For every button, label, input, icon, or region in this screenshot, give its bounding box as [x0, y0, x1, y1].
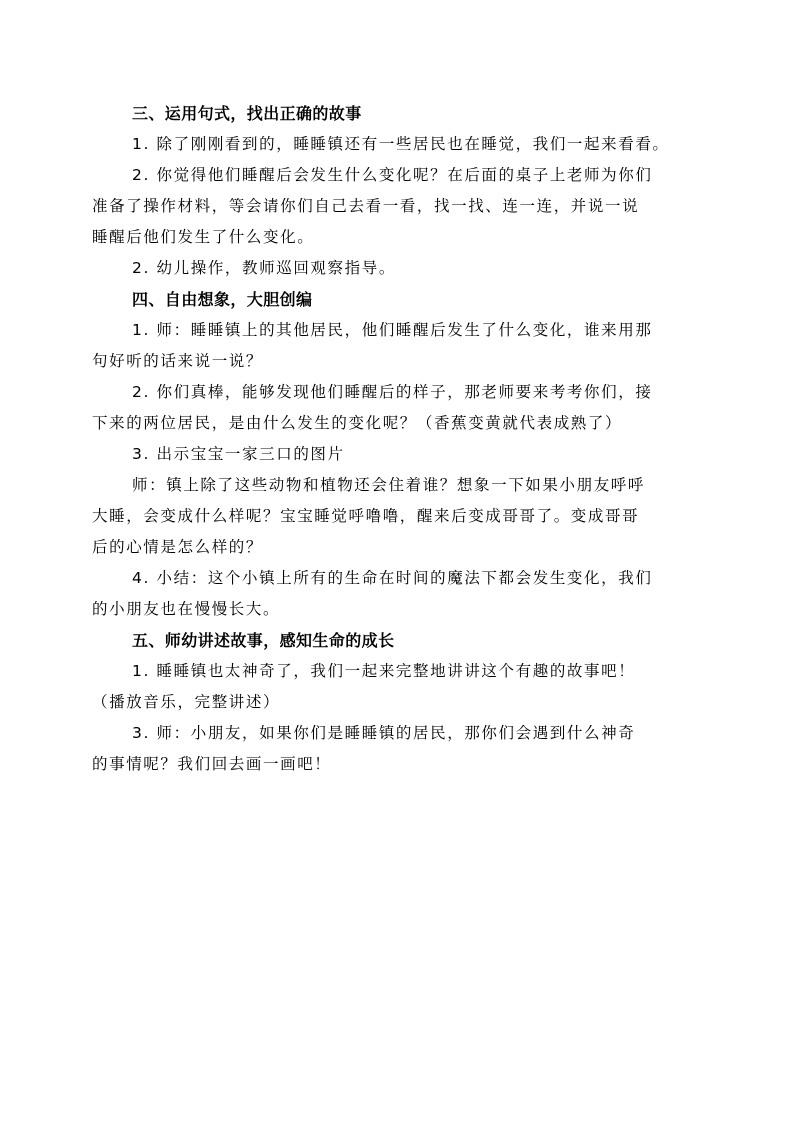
paragraph-line: 的事情呢？我们回去画一画吧！ [92, 749, 732, 780]
paragraph: 2. 幼儿操作，教师巡回观察指导。 [92, 253, 732, 284]
paragraph-line: 2. 你们真棒，能够发现他们睡醒后的样子，那老师要来考考你们，接 [92, 377, 732, 408]
section-heading: 五、师幼讲述故事，感知生命的成长 [92, 625, 732, 656]
paragraph: 2. 你们真棒，能够发现他们睡醒后的样子，那老师要来考考你们，接 下来的两位居民… [92, 377, 732, 439]
paragraph: 1. 除了刚刚看到的，睡睡镇还有一些居民也在睡觉，我们一起来看看。 [92, 129, 732, 160]
paragraph-line: 准备了操作材料，等会请你们自己去看一看，找一找、连一连，并说一说 [92, 191, 732, 222]
paragraph-line: 3. 师：小朋友，如果你们是睡睡镇的居民，那你们会遇到什么神奇 [92, 718, 732, 749]
section-heading: 四、自由想象，大胆创编 [92, 284, 732, 315]
paragraph: 1. 师：睡睡镇上的其他居民，他们睡醒后发生了什么变化，谁来用那 句好听的话来说… [92, 315, 732, 377]
section-heading: 三、运用句式，找出正确的故事 [92, 98, 732, 129]
paragraph-line: 2. 幼儿操作，教师巡回观察指导。 [92, 253, 732, 284]
paragraph-line: 3. 出示宝宝一家三口的图片 [92, 439, 732, 470]
paragraph-line: 4. 小结：这个小镇上所有的生命在时间的魔法下都会发生变化，我们 [92, 563, 732, 594]
paragraph-line: 句好听的话来说一说？ [92, 346, 732, 377]
paragraph: 3. 师：小朋友，如果你们是睡睡镇的居民，那你们会遇到什么神奇 的事情呢？我们回… [92, 718, 732, 780]
paragraph-line: 后的心情是怎么样的？ [92, 532, 732, 563]
paragraph-line: 师：镇上除了这些动物和植物还会住着谁？想象一下如果小朋友呼呼 [92, 470, 732, 501]
paragraph-line: 下来的两位居民，是由什么发生的变化呢？（香蕉变黄就代表成熟了） [92, 408, 732, 439]
paragraph: 3. 出示宝宝一家三口的图片 [92, 439, 732, 470]
paragraph: 师：镇上除了这些动物和植物还会住着谁？想象一下如果小朋友呼呼 大睡，会变成什么样… [92, 470, 732, 563]
document-page: 三、运用句式，找出正确的故事 1. 除了刚刚看到的，睡睡镇还有一些居民也在睡觉，… [92, 98, 732, 780]
paragraph-line: 1. 睡睡镇也太神奇了，我们一起来完整地讲讲这个有趣的故事吧！ [92, 656, 732, 687]
paragraph-line: 的小朋友也在慢慢长大。 [92, 594, 732, 625]
paragraph-line: 1. 师：睡睡镇上的其他居民，他们睡醒后发生了什么变化，谁来用那 [92, 315, 732, 346]
paragraph-line: 睡醒后他们发生了什么变化。 [92, 222, 732, 253]
paragraph-line: 大睡，会变成什么样呢？宝宝睡觉呼噜噜，醒来后变成哥哥了。变成哥哥 [92, 501, 732, 532]
paragraph-line: 1. 除了刚刚看到的，睡睡镇还有一些居民也在睡觉，我们一起来看看。 [92, 129, 732, 160]
paragraph-line: 2. 你觉得他们睡醒后会发生什么变化呢？在后面的桌子上老师为你们 [92, 160, 732, 191]
paragraph-line: （播放音乐，完整讲述） [92, 687, 732, 718]
paragraph: 1. 睡睡镇也太神奇了，我们一起来完整地讲讲这个有趣的故事吧！ （播放音乐，完整… [92, 656, 732, 718]
paragraph: 2. 你觉得他们睡醒后会发生什么变化呢？在后面的桌子上老师为你们 准备了操作材料… [92, 160, 732, 253]
paragraph: 4. 小结：这个小镇上所有的生命在时间的魔法下都会发生变化，我们 的小朋友也在慢… [92, 563, 732, 625]
